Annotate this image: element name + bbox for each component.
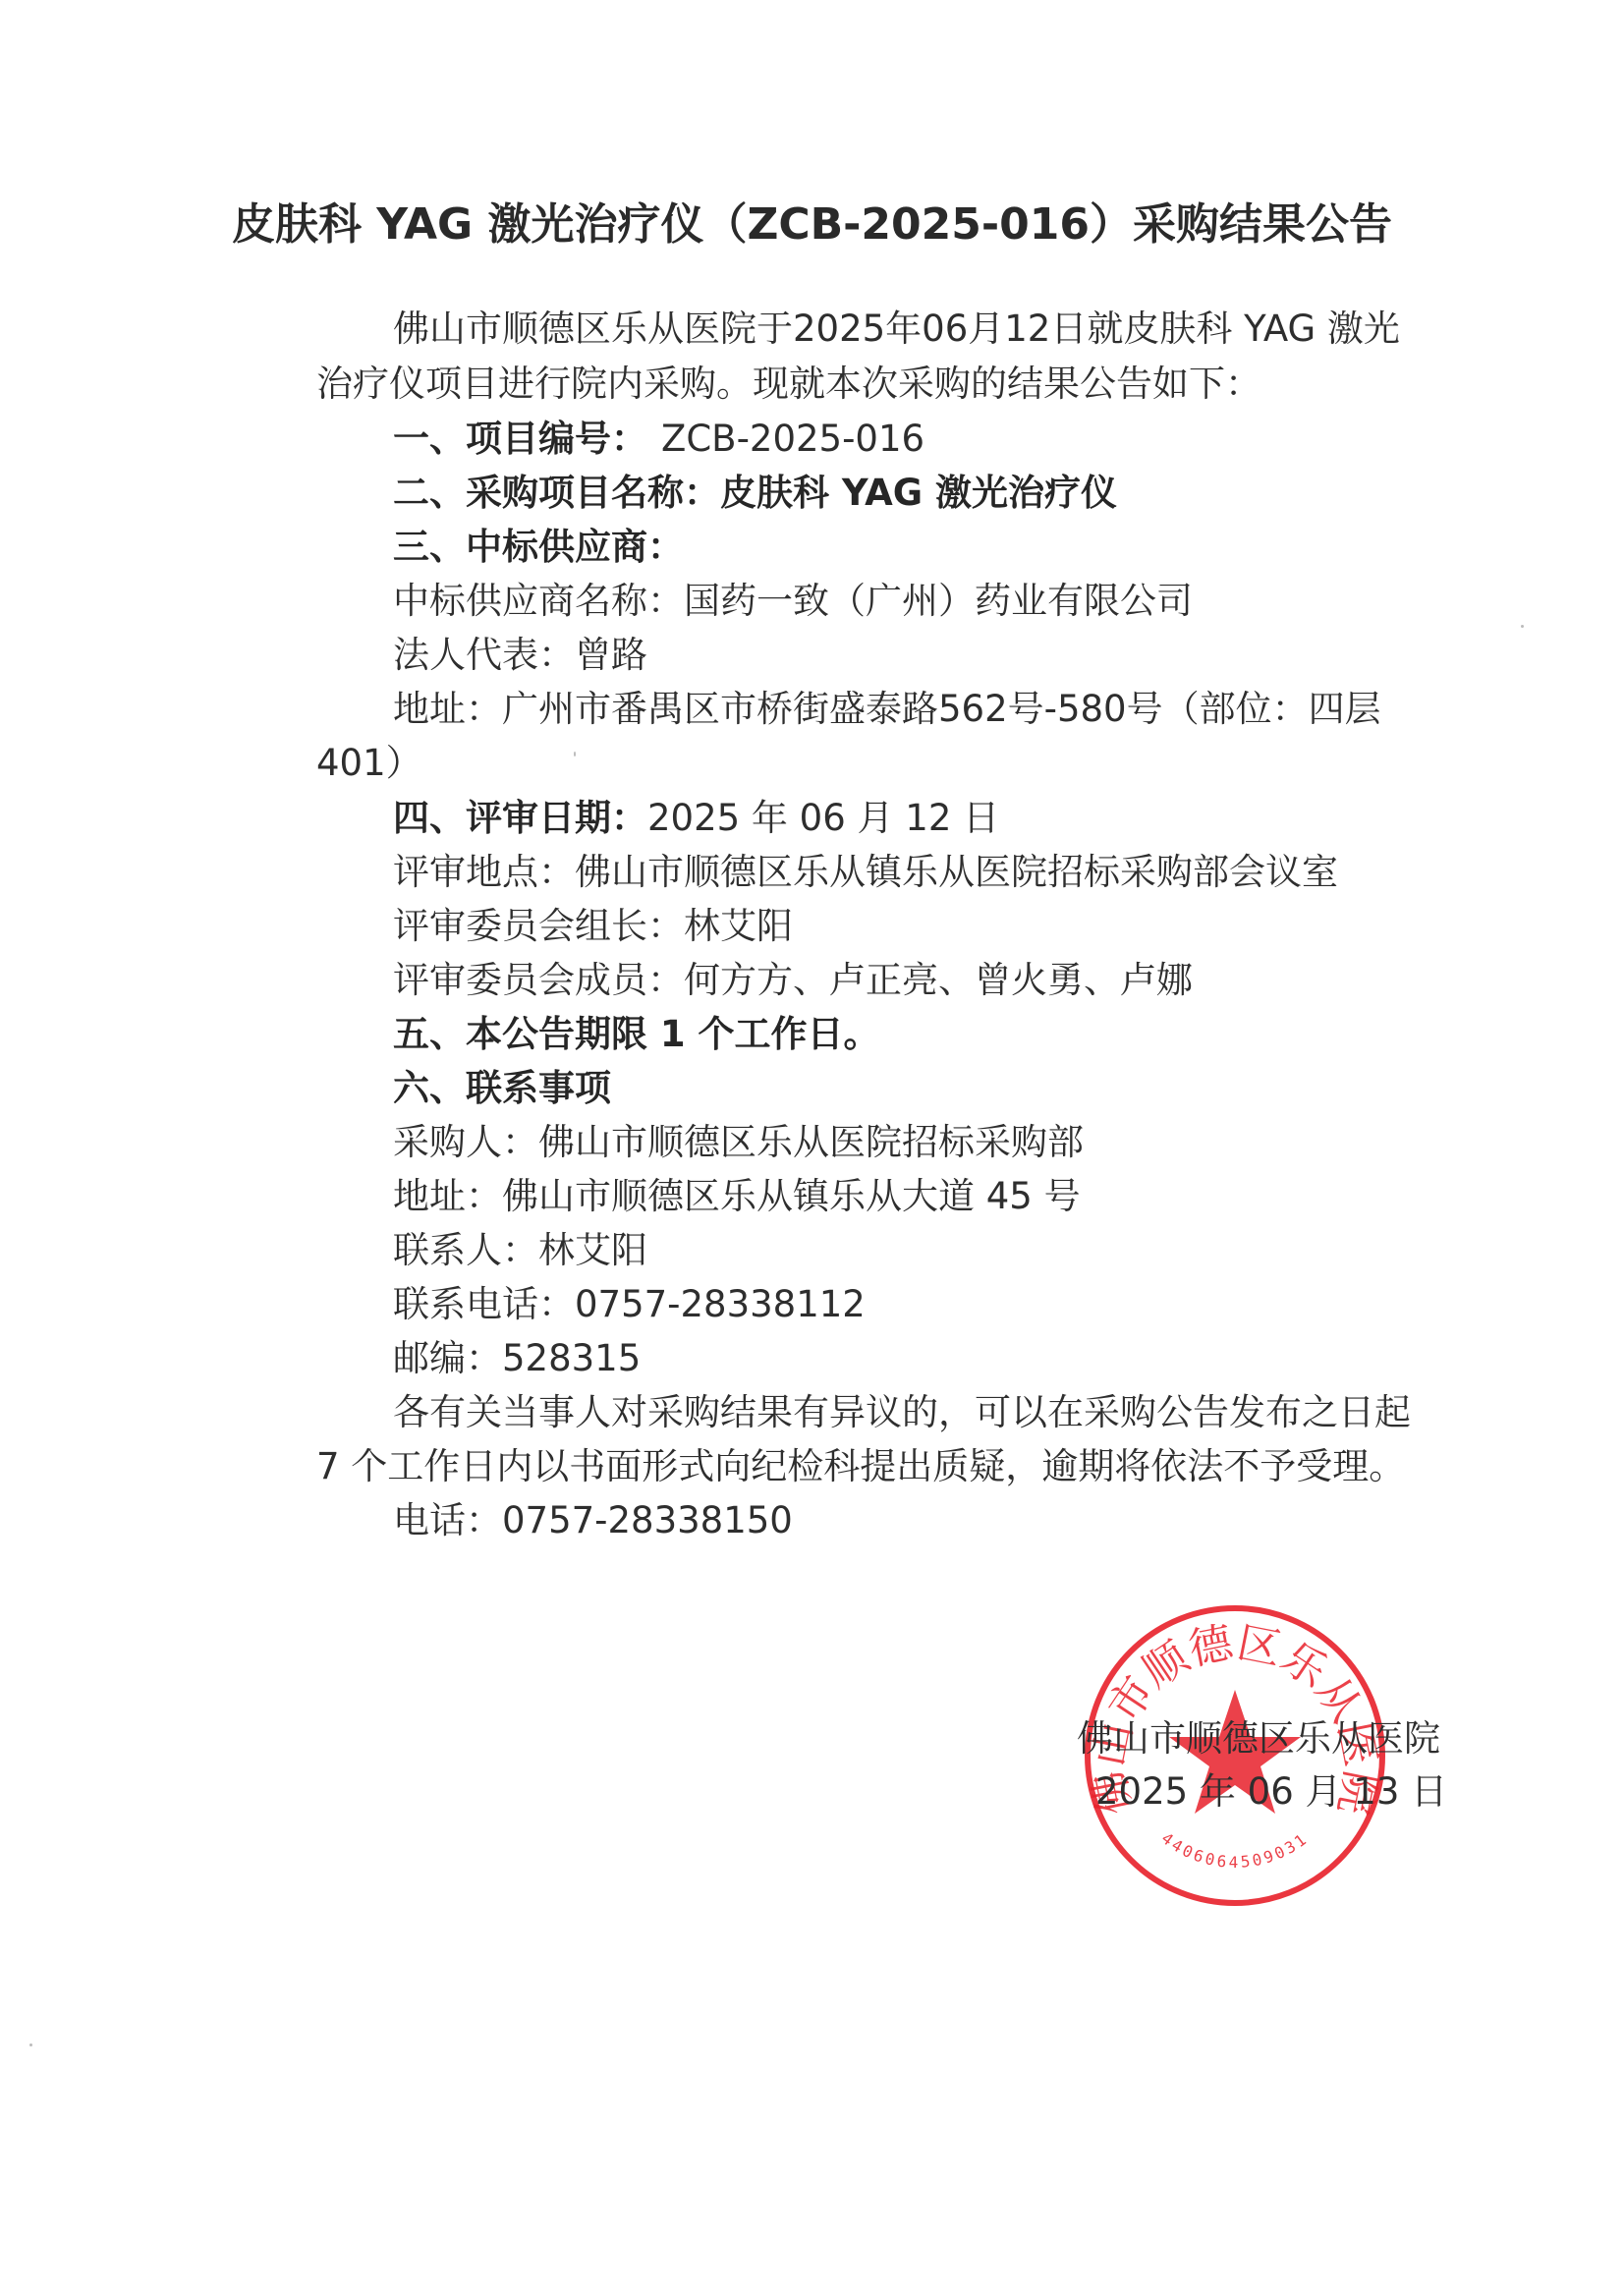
- project-name-row: 二、采购项目名称：皮肤科 YAG 激光治疗仪: [393, 472, 1117, 515]
- review-date-row: 四、评审日期：2025 年 06 月 12 日: [393, 797, 999, 840]
- scan-speck: [574, 752, 576, 756]
- postcode-line: 邮编：528315: [393, 1337, 641, 1380]
- signature-date: 2025 年 06 月 13 日: [1095, 1770, 1447, 1814]
- review-leader-line: 评审委员会组长：林艾阳: [393, 905, 793, 948]
- supplier-address-line-1: 地址：广州市番禺区市桥街盛泰路562号-580号（部位：四层: [393, 688, 1381, 731]
- intro-line-2: 治疗仪项目进行院内采购。现就本次采购的结果公告如下：: [316, 363, 1261, 406]
- scan-speck: [1521, 625, 1524, 628]
- scan-speck: [29, 2043, 32, 2046]
- supplier-address-line-2: 401）: [316, 742, 422, 785]
- project-number-label: 一、项目编号：: [393, 418, 647, 460]
- purchaser-address-line: 地址：佛山市顺德区乐从镇乐从大道 45 号: [393, 1175, 1081, 1218]
- review-location-line: 评审地点：佛山市顺德区乐从镇乐从医院招标采购部会议室: [393, 851, 1338, 894]
- contact-phone-line: 联系电话：0757-28338112: [393, 1283, 866, 1326]
- review-date-label: 四、评审日期：: [393, 797, 647, 839]
- contact-person-line: 联系人：林艾阳: [393, 1229, 647, 1272]
- objection-line-1: 各有关当事人对采购结果有异议的，可以在采购公告发布之日起: [393, 1391, 1411, 1434]
- review-members-line: 评审委员会成员：何方方、卢正亮、曾火勇、卢娜: [393, 959, 1193, 1002]
- project-number-value: ZCB-2025-016: [661, 418, 924, 460]
- purchaser-line: 采购人：佛山市顺德区乐从医院招标采购部: [393, 1121, 1084, 1164]
- intro-line-1: 佛山市顺德区乐从医院于2025年06月12日就皮肤科 YAG 激光: [393, 308, 1400, 351]
- supplier-name-line: 中标供应商名称：国药一致（广州）药业有限公司: [393, 580, 1193, 623]
- signature-organization: 佛山市顺德区乐从医院: [1077, 1717, 1440, 1761]
- objection-phone-line: 电话：0757-28338150: [393, 1499, 793, 1542]
- contact-heading: 六、联系事项: [393, 1067, 611, 1110]
- objection-line-2: 7 个工作日内以书面形式向纪检科提出质疑，逾期将依法不予受理。: [316, 1445, 1405, 1488]
- document-page: 皮肤科 YAG 激光治疗仪（ZCB-2025-016）采购结果公告 佛山市顺德区…: [0, 0, 1624, 2295]
- legal-representative-line: 法人代表：曾路: [393, 634, 647, 677]
- review-date-value: 2025 年 06 月 12 日: [647, 797, 999, 839]
- project-name-label: 二、采购项目名称：: [393, 472, 720, 514]
- project-name-value: 皮肤科 YAG 激光治疗仪: [720, 472, 1117, 514]
- seal-code-text: 4406064509031: [1158, 1828, 1312, 1871]
- notice-period-line: 五、本公告期限 1 个工作日。: [393, 1013, 880, 1056]
- document-title: 皮肤科 YAG 激光治疗仪（ZCB-2025-016）采购结果公告: [0, 189, 1624, 252]
- project-number-row: 一、项目编号：ZCB-2025-016: [393, 418, 924, 461]
- winning-supplier-heading: 三、中标供应商：: [393, 526, 684, 569]
